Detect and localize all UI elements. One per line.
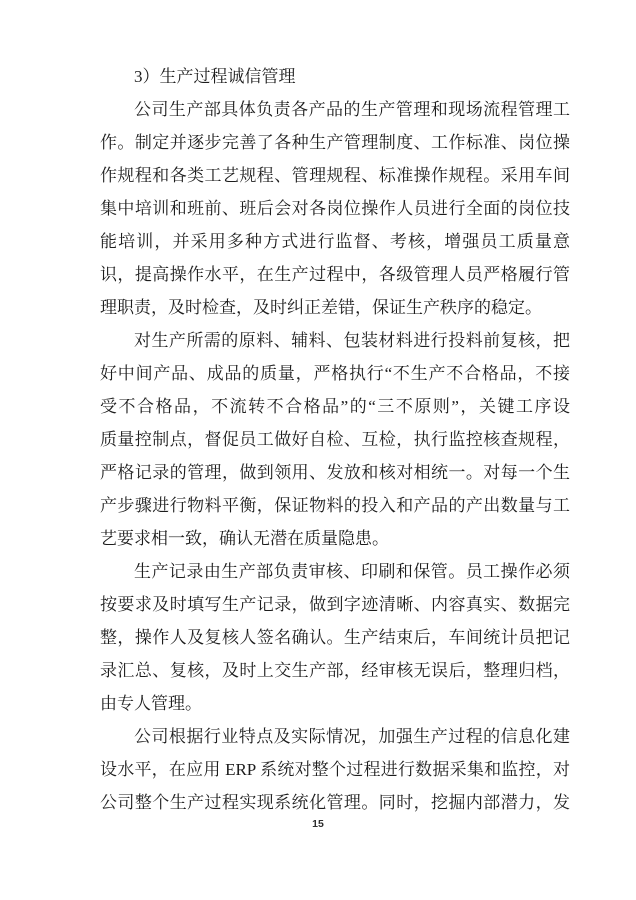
text-line: 公司整个生产过程实现系统化管理。同时，挖掘内部潜力，发 [100,786,570,819]
document-page: 3）生产过程诚信管理 公司生产部具体负责各产品的生产管理和现场流程管理工 作。制… [0,0,636,900]
text-line: 艺要求相一致，确认无潜在质量隐患。 [100,522,570,555]
paragraph-4: 公司根据行业特点及实际情况，加强生产过程的信息化建 设水平，在应用 ERP 系统… [100,720,570,819]
paragraph-3: 生产记录由生产部负责审核、印刷和保管。员工操作必须 按要求及时填写生产记录，做到… [100,555,570,720]
text-line: 集中培训和班前、班后会对各岗位操作人员进行全面的岗位技 [100,192,570,225]
text-line: 好中间产品、成品的质量，严格执行“不生产不合格品，不接 [100,357,570,390]
text-line: 受不合格品，不流转不合格品”的“三不原则”，关键工序设 [100,390,570,423]
text-line: 生产记录由生产部负责审核、印刷和保管。员工操作必须 [100,555,570,588]
text-line: 设水平，在应用 ERP 系统对整个过程进行数据采集和监控，对 [100,753,570,786]
text-line: 对生产所需的原料、辅料、包装材料进行投料前复核，把 [100,324,570,357]
text-line: 录汇总、复核，及时上交生产部，经审核无误后，整理归档， [100,654,570,687]
text-line: 能培训，并采用多种方式进行监督、考核，增强员工质量意 [100,225,570,258]
paragraph-2: 对生产所需的原料、辅料、包装材料进行投料前复核，把 好中间产品、成品的质量，严格… [100,324,570,555]
text-line: 产步骤进行物料平衡，保证物料的投入和产品的产出数量与工 [100,489,570,522]
text-line: 由专人管理。 [100,687,570,720]
section-heading: 3）生产过程诚信管理 [100,60,570,93]
text-line: 整，操作人及复核人签名确认。生产结束后，车间统计员把记 [100,621,570,654]
text-line: 作。制定并逐步完善了各种生产管理制度、工作标准、岗位操 [100,126,570,159]
text-line: 作规程和各类工艺规程、管理规程、标准操作规程。采用车间 [100,159,570,192]
text-line: 理职责，及时检查，及时纠正差错，保证生产秩序的稳定。 [100,291,570,324]
paragraph-1: 公司生产部具体负责各产品的生产管理和现场流程管理工 作。制定并逐步完善了各种生产… [100,93,570,324]
text-line: 严格记录的管理，做到领用、发放和核对相统一。对每一个生 [100,456,570,489]
text-line: 公司根据行业特点及实际情况，加强生产过程的信息化建 [100,720,570,753]
page-content: 3）生产过程诚信管理 公司生产部具体负责各产品的生产管理和现场流程管理工 作。制… [100,60,570,819]
text-line: 识，提高操作水平，在生产过程中，各级管理人员严格履行管 [100,258,570,291]
text-line: 按要求及时填写生产记录，做到字迹清晰、内容真实、数据完 [100,588,570,621]
text-line: 公司生产部具体负责各产品的生产管理和现场流程管理工 [100,93,570,126]
page-number: 15 [0,818,636,830]
text-line: 质量控制点，督促员工做好自检、互检，执行监控核查规程， [100,423,570,456]
